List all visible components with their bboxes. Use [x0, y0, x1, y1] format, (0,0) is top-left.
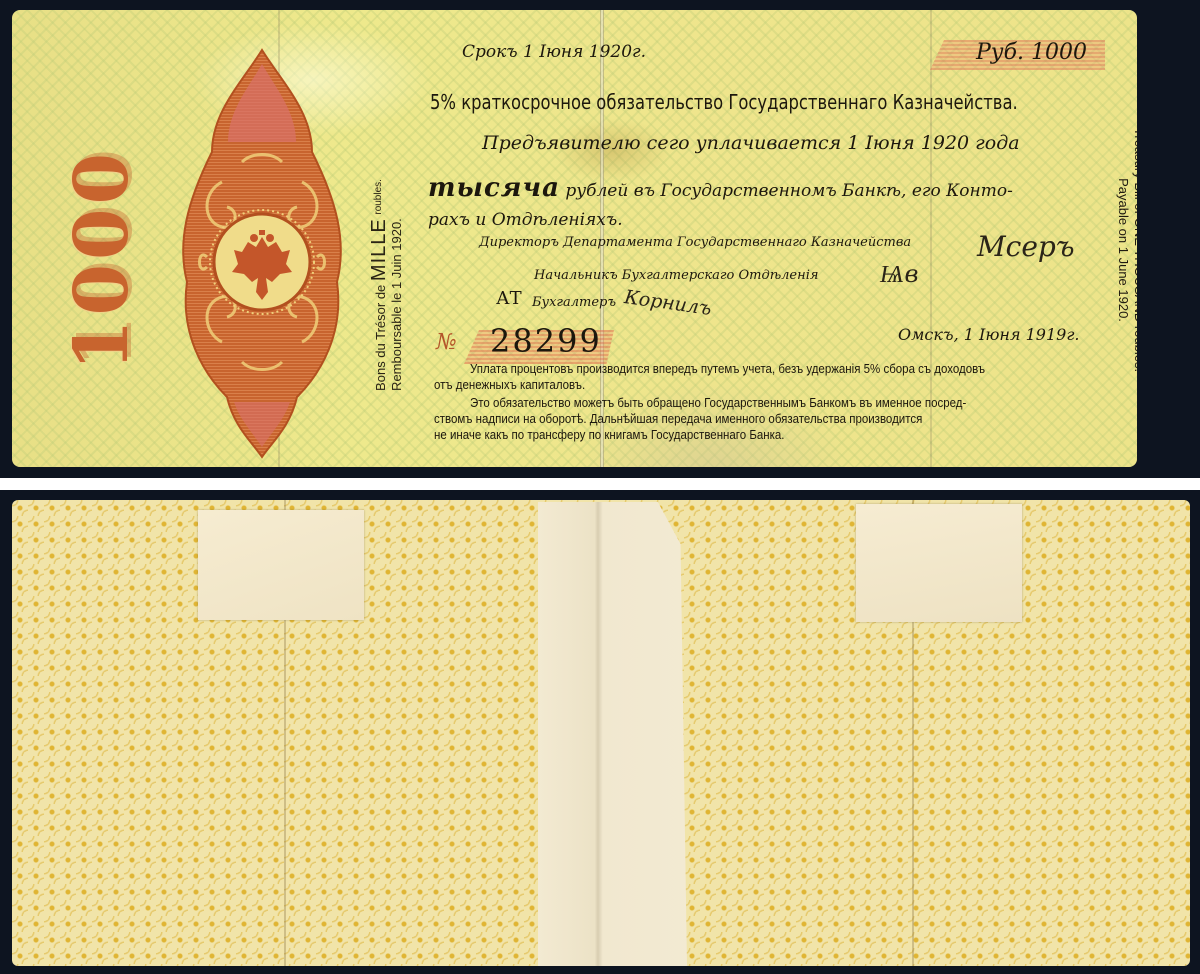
body-text-line: ствомъ надписи на оборотѣ. Дальнѣйшая пе…: [434, 412, 922, 426]
body-text-line: отъ денежныхъ капиталовъ.: [434, 378, 585, 392]
payment-line-3: рахъ и Отдѣленіяхъ.: [428, 210, 623, 230]
accountant-signature: Корнилъ: [623, 286, 713, 320]
amount-label: Руб. 1000: [976, 40, 1087, 65]
body-text-line: не иначе какъ по трансферу по книгамъ Го…: [434, 428, 785, 442]
body-text-line: Уплата процентовъ производится впередъ п…: [470, 362, 985, 376]
term-date: Срокъ 1 Іюня 1920г.: [462, 42, 646, 62]
paper-tape-center: [538, 502, 700, 966]
serial-number: 28299: [490, 322, 602, 360]
french-inscription: Bons du Trésor de MILLE roubles. Rembour…: [364, 120, 412, 450]
chief-label: Начальникъ Бухгалтерскаго Отдѣленія: [534, 268, 818, 283]
banknote-front: 1000: [12, 10, 1137, 467]
english-inscription: Treasury Bill of ONE THOUSAND roubles. P…: [1107, 100, 1137, 400]
note-title: 5% краткосрочное обязательство Государст…: [430, 90, 1018, 114]
director-signature: Мсеръ: [977, 230, 1075, 263]
series-code: АТ: [496, 288, 522, 309]
big-denomination: 1000: [52, 130, 152, 390]
paper-patch-left: [198, 510, 364, 620]
director-label: Директоръ Департамента Государственнаго …: [479, 235, 911, 250]
banknote-back: [12, 500, 1190, 966]
payment-line-2: тысяча рублей въ Государственномъ Банкѣ,…: [428, 173, 1013, 203]
chief-signature: Ѩв: [880, 260, 918, 289]
paper-patch-right: [856, 504, 1022, 622]
accountant-label: Бухгалтеръ: [532, 295, 616, 310]
number-sign: №: [436, 330, 457, 355]
eagle-ornament-icon: [172, 42, 352, 462]
body-text-line: Это обязательство можетъ быть обращено Г…: [470, 396, 966, 410]
payment-line-1: Предъявителю сего уплачивается 1 Іюня 19…: [482, 132, 1020, 154]
place-date: Омскъ, 1 Іюня 1919г.: [898, 325, 1080, 344]
